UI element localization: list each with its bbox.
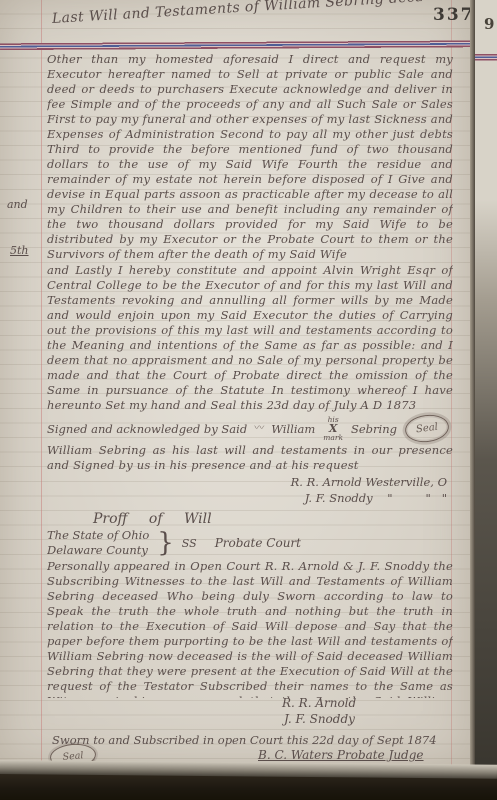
judge-signature: B. C. Waters Probate Judge [258, 748, 424, 762]
underlying-page-rule [475, 54, 497, 61]
witness-signature-snoddy: J. F. Snoddy " " " [47, 490, 453, 506]
testator-last-name: Sebring [351, 422, 397, 436]
witness-signature-arnold: R. R. Arnold Westerville, O [47, 474, 453, 490]
page-number: 337 [433, 5, 473, 25]
testator-signature-row: Signed and acknowledged by Said 〰 Willia… [47, 415, 453, 442]
page-title: Last Will and Testaments of William Sebr… [52, 0, 444, 27]
venue-block: The State of Ohio Delaware County } SS P… [47, 528, 453, 558]
underlying-page-edge: 9 [475, 0, 497, 800]
county-line: Delaware County [47, 543, 149, 558]
proof-signature-snoddy: J. F. Snoddy [284, 712, 355, 726]
handwritten-body: Other than my homested aforesaid I direc… [47, 52, 453, 698]
attestation-label: Signed and acknowledged by Said [47, 422, 247, 436]
ledger-page: 337 Last Will and Testaments of William … [0, 0, 471, 766]
his-mark: his X mark [323, 416, 343, 442]
margin-note-and: and [7, 198, 28, 211]
venue-lines: The State of Ohio Delaware County [47, 528, 149, 558]
his-mark-bottom: mark [323, 434, 343, 442]
proof-of-will-heading: Proff of Will [93, 511, 453, 527]
ink-flourish: 〰 [254, 422, 264, 436]
margin-note-5th: 5th [10, 244, 29, 257]
proof-signature-arnold: R. R. Arnold [282, 696, 356, 710]
will-paragraph-executor: and Lastly I hereby constitute and appoi… [47, 263, 453, 413]
ss-abbrev: SS [182, 537, 197, 550]
venue-brace: } [157, 530, 174, 556]
testator-first-name: William [271, 422, 315, 436]
ledger-photo: 337 Last Will and Testaments of William … [0, 0, 497, 800]
underlying-page-number: 9 [484, 15, 494, 33]
state-line: The State of Ohio [47, 528, 149, 543]
sworn-statement-line: Sworn to and Subscribed in open Court th… [52, 733, 464, 747]
attestation-continuation: William Sebring as his last will and tes… [47, 443, 453, 473]
header-rule [0, 40, 471, 51]
probate-court-label: Probate Court [215, 536, 301, 550]
will-paragraph-disposition: Other than my homested aforesaid I direc… [47, 52, 453, 262]
proof-testimony-paragraph: Personally appeared in Open Court R. R. … [47, 559, 453, 698]
seal-scribble: Seal [404, 412, 451, 444]
page-edge-shadow [470, 0, 475, 770]
